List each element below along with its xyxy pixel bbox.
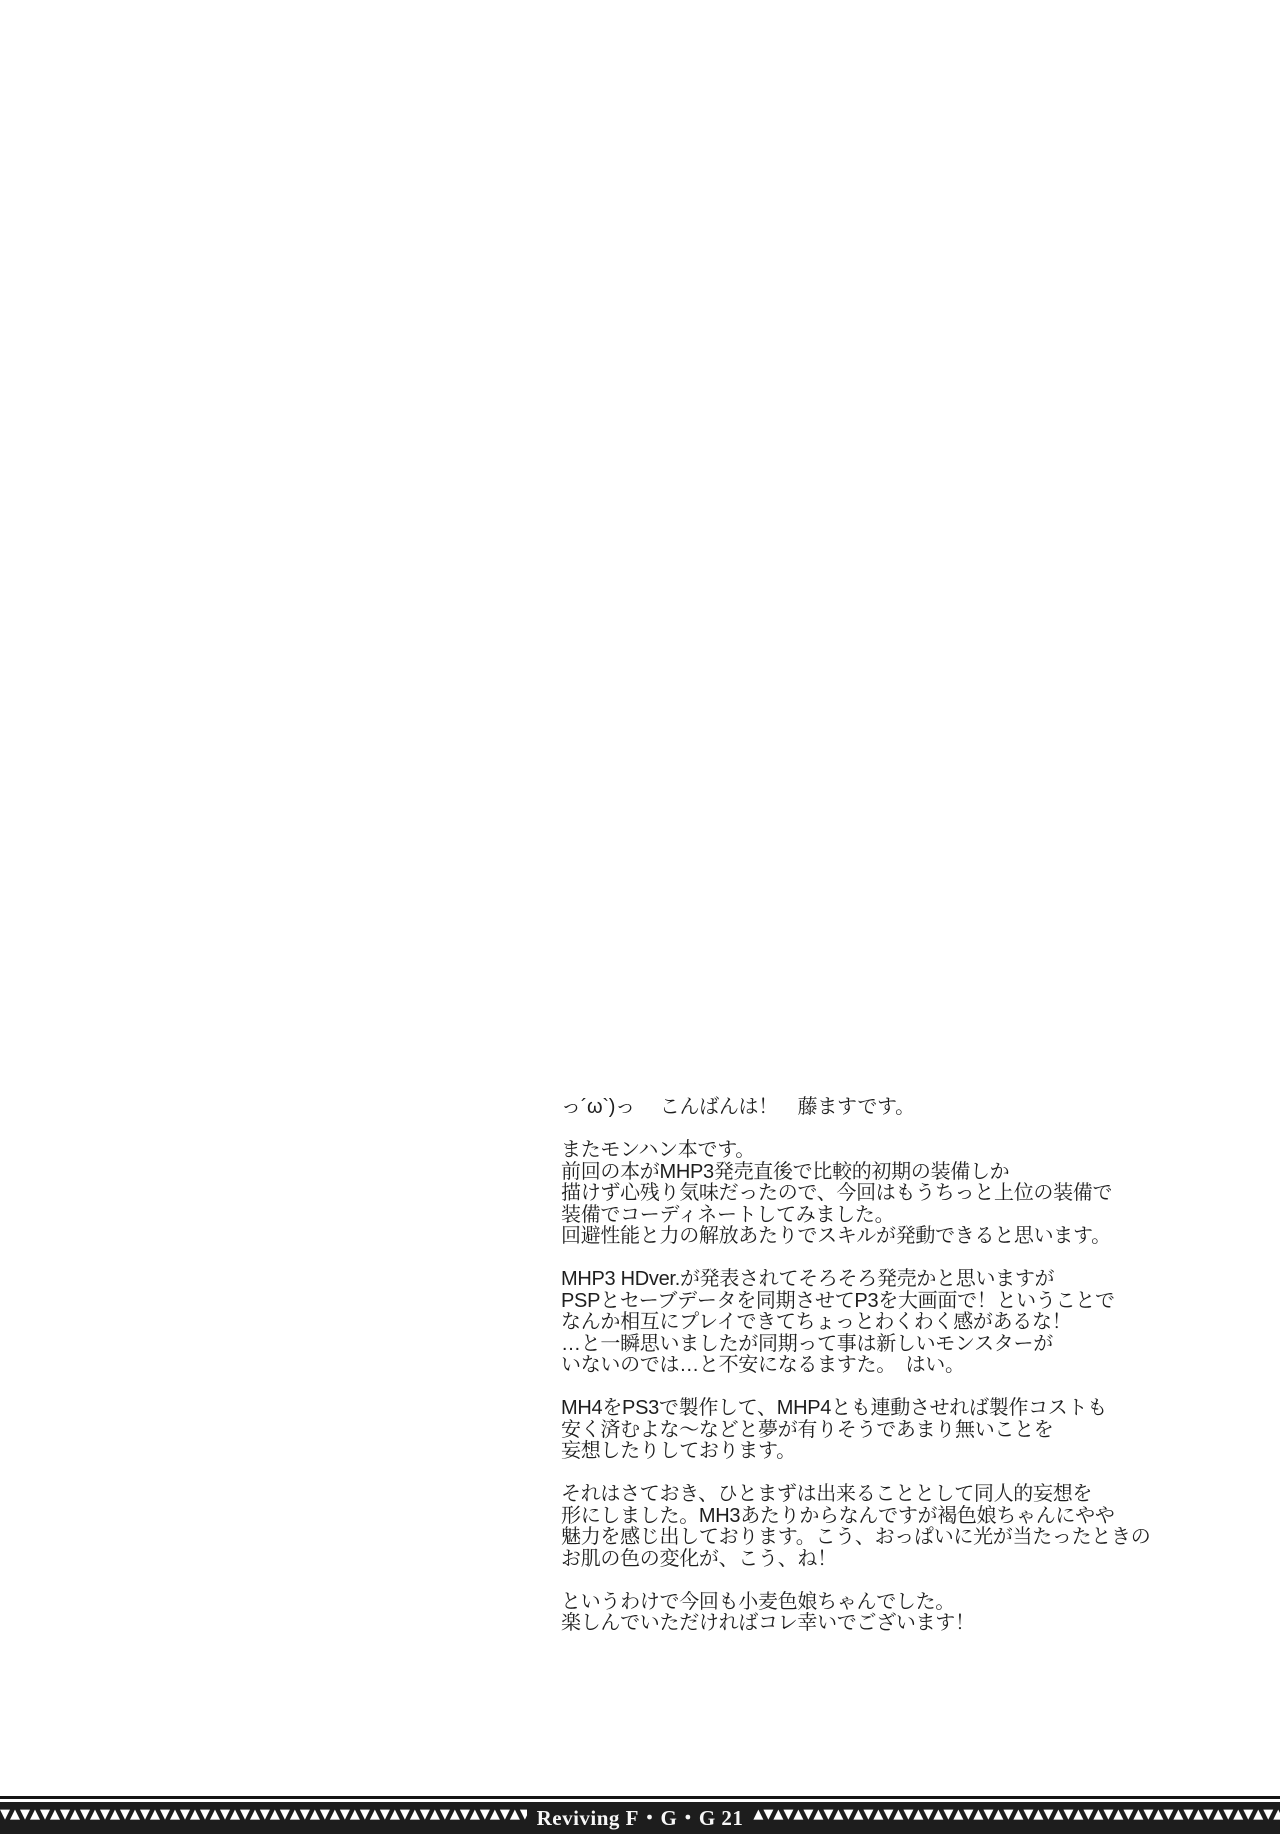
afterword-text-line <box>561 1570 1150 1592</box>
afterword-text-line: 魅力を感じ出しております。こう、おっぱいに光が当たったときの <box>561 1527 1150 1549</box>
afterword-text-line: それはさておき、ひとまずは出来ることとして同人的妄想を <box>561 1484 1150 1506</box>
afterword-text-line: お肌の色の変化が、こう、ね！ <box>561 1549 1150 1571</box>
afterword-text-line <box>561 1463 1150 1485</box>
afterword-text-line: なんか相互にプレイできてちょっとわくわく感があるな！ <box>561 1312 1150 1334</box>
page-footer: ▼▲▼▲▼▲▼▲▼▲▼▲▼▲▼▲▼▲▼▲▼▲▼▲▼▲▼▲▼▲▼▲▼▲▼▲▼▲▼▲… <box>0 1796 1280 1834</box>
afterword-text-line: 回避性能と力の解放あたりでスキルが発動できると思います。 <box>561 1226 1150 1248</box>
afterword-text-line: っ´ω`)っ こんばんは！ 藤ますです。 <box>561 1097 1150 1119</box>
afterword-text-line: PSPとセーブデータを同期させてP3を大画面で！ということで <box>561 1291 1150 1313</box>
afterword-text-block: っ´ω`)っ こんばんは！ 藤ますです。またモンハン本です。前回の本がMHP3発… <box>561 1097 1150 1635</box>
afterword-text-line: 安く済むよな〜などと夢が有りそうであまり無いことを <box>561 1420 1150 1442</box>
afterword-text-line: 形にしました。MH3あたりからなんですが褐色娘ちゃんにやや <box>561 1506 1150 1528</box>
triangle-pattern-right-icon: ▲▼▲▼▲▼▲▼▲▼▲▼▲▼▲▼▲▼▲▼▲▼▲▼▲▼▲▼▲▼▲▼▲▼▲▼▲▼▲▼… <box>753 1808 1280 1822</box>
footer-title: Reviving F・G・G 21 <box>537 1802 744 1834</box>
footer-band: ▼▲▼▲▼▲▼▲▼▲▼▲▼▲▼▲▼▲▼▲▼▲▼▲▼▲▼▲▼▲▼▲▼▲▼▲▼▲▼▲… <box>0 1802 1280 1834</box>
afterword-text-line: というわけで今回も小麦色娘ちゃんでした。 <box>561 1592 1150 1614</box>
afterword-page: っ´ω`)っ こんばんは！ 藤ますです。またモンハン本です。前回の本がMHP3発… <box>0 0 1280 1834</box>
afterword-text-line: いないのでは…と不安になるますた。 はい。 <box>561 1355 1150 1377</box>
afterword-text-line: 楽しんでいただければコレ幸いでございます！ <box>561 1613 1150 1635</box>
afterword-text-line: 前回の本がMHP3発売直後で比較的初期の装備しか <box>561 1162 1150 1184</box>
afterword-text-line: またモンハン本です。 <box>561 1140 1150 1162</box>
afterword-text-line <box>561 1377 1150 1399</box>
afterword-text-line: MHP3 HDver.が発表されてそろそろ発売かと思いますが <box>561 1269 1150 1291</box>
afterword-text-line: 描けず心残り気味だったので、今回はもうちっと上位の装備で <box>561 1183 1150 1205</box>
afterword-text-line: 装備でコーディネートしてみました。 <box>561 1205 1150 1227</box>
afterword-text-line: MH4をPS3で製作して、MHP4とも連動させれば製作コストも <box>561 1398 1150 1420</box>
afterword-text-line <box>561 1248 1150 1270</box>
triangle-pattern-left-icon: ▼▲▼▲▼▲▼▲▼▲▼▲▼▲▼▲▼▲▼▲▼▲▼▲▼▲▼▲▼▲▼▲▼▲▼▲▼▲▼▲… <box>0 1808 527 1822</box>
afterword-text-line: 妄想したりしております。 <box>561 1441 1150 1463</box>
afterword-text-line <box>561 1119 1150 1141</box>
afterword-text-line: …と一瞬思いましたが同期って事は新しいモンスターが <box>561 1334 1150 1356</box>
